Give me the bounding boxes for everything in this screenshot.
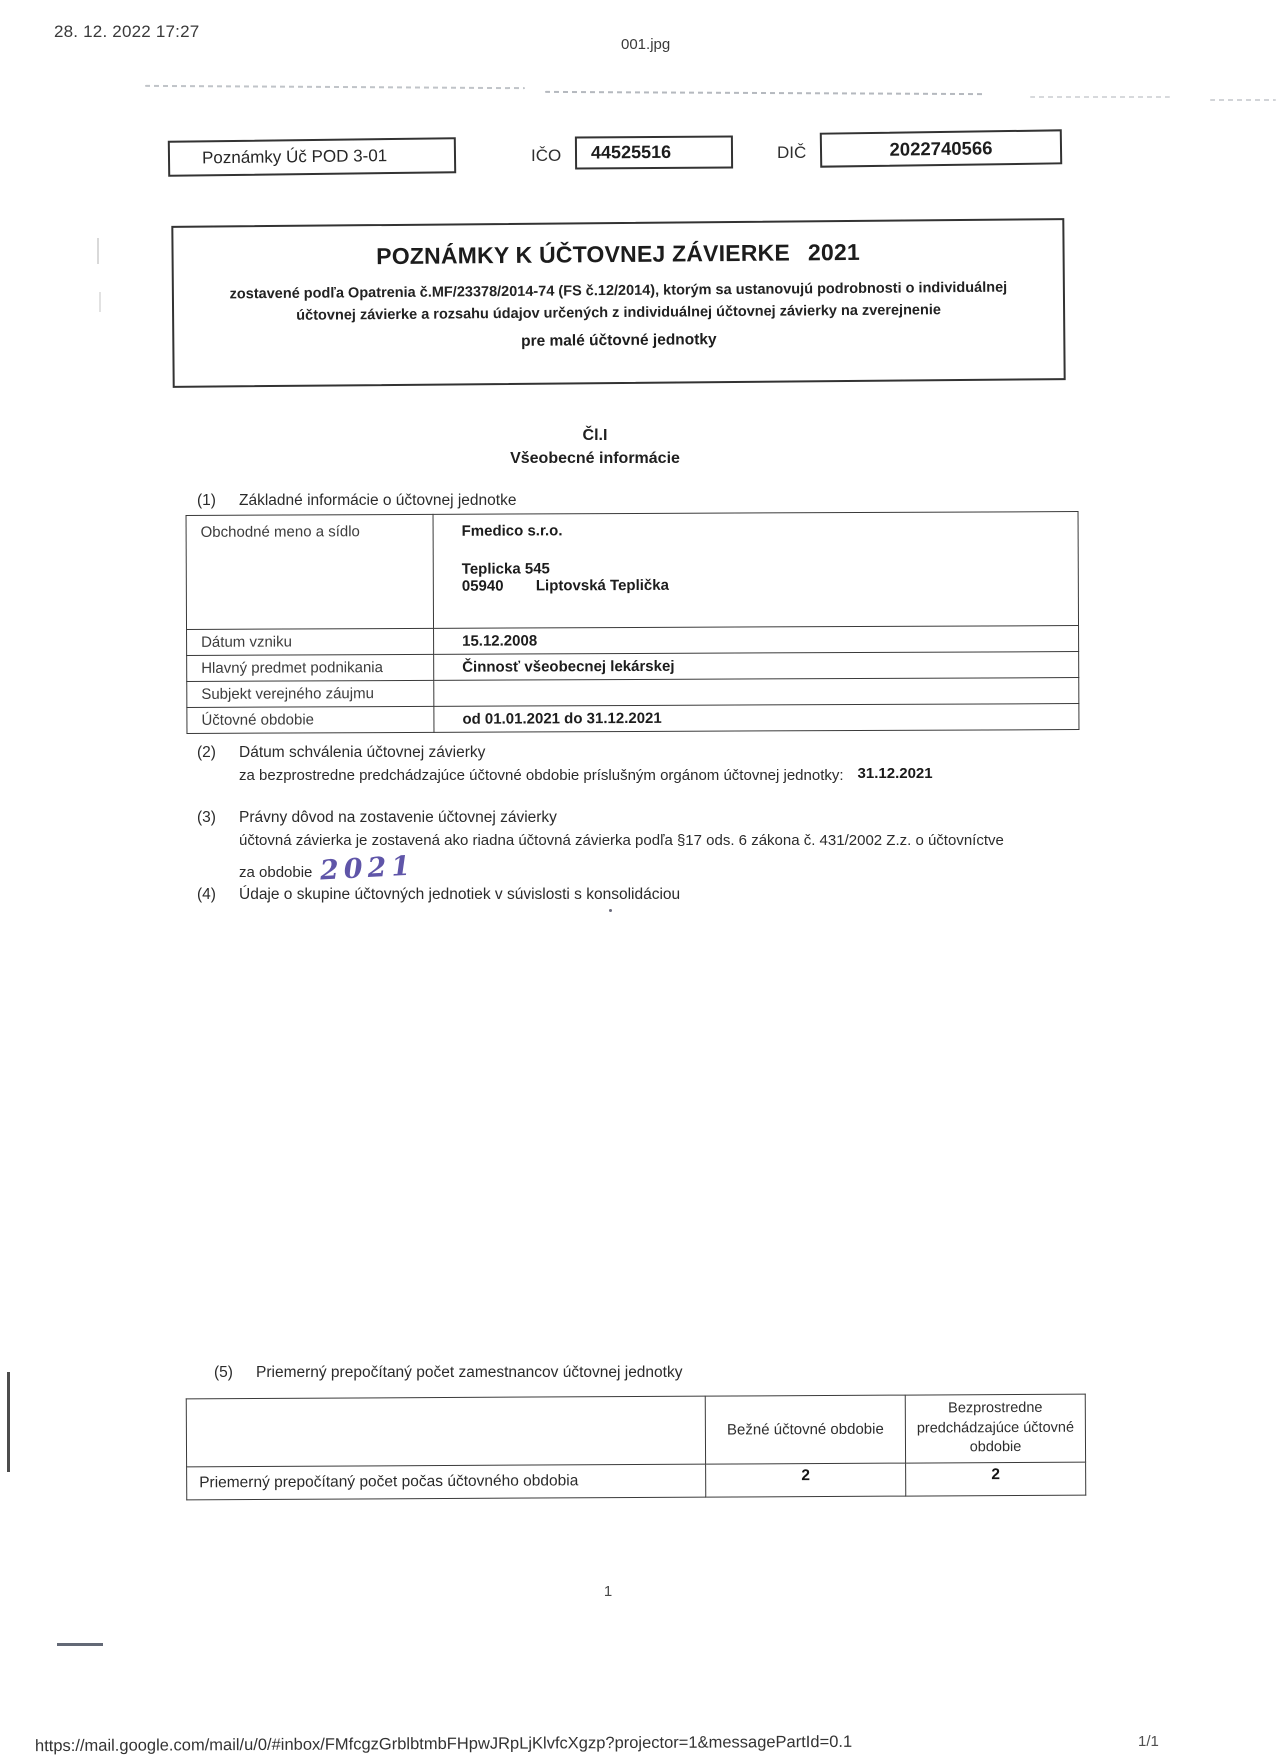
company-zip: 05940 (462, 577, 536, 594)
header-blank-cell (186, 1396, 705, 1466)
table-row: Obchodné meno a sídlo Fmedico s.r.o. Tep… (186, 512, 1078, 630)
scan-line-artifact (7, 1372, 10, 1472)
section-1-number: (1) (197, 492, 239, 510)
title-subtitle-small-units: pre malé účtovné jednotky (174, 328, 1063, 354)
form-id-label: Poznámky Úč POD 3-01 (202, 146, 387, 168)
document-title: POZNÁMKY K ÚČTOVNEJ ZÁVIERKE2021 (173, 237, 1062, 272)
scan-mark-artifact (57, 1643, 103, 1646)
title-subtitle: zostavené podľa Opatrenia č.MF/23378/201… (174, 277, 1063, 328)
section-4-number: (4) (197, 886, 239, 904)
section-5-title: Priemerný prepočítaný počet zamestnancov… (256, 1364, 682, 1382)
row-label: Obchodné meno a sídlo (186, 514, 433, 629)
row-label: Účtovné obdobie (187, 706, 434, 733)
ico-value-box: 44525516 (575, 135, 733, 169)
employee-count-table: Bežné účtovné obdobie Bezprostredne pred… (186, 1394, 1087, 1500)
ico-value: 44525516 (591, 142, 671, 164)
print-footer-page-indicator: 1/1 (1138, 1733, 1159, 1750)
scan-streak (145, 85, 525, 89)
table-header-row: Bežné účtovné obdobie Bezprostredne pred… (186, 1394, 1085, 1466)
approval-date-value: 31.12.2021 (858, 765, 933, 782)
print-footer-url: https://mail.google.com/mail/u/0/#inbox/… (35, 1733, 852, 1755)
scanned-document-page: 28. 12. 2022 17:27 001.jpg Poznámky Úč P… (0, 0, 1276, 1755)
section-2-title: Dátum schválenia účtovnej závierky (239, 744, 485, 762)
article-number: Čl.I (0, 424, 1190, 447)
scan-streak (1030, 96, 1170, 98)
dic-label: DIČ (777, 143, 806, 163)
row-label: Priemerný prepočítaný počet počas účtovn… (187, 1464, 706, 1500)
ink-dot-artifact (609, 909, 612, 912)
section-4-title: Údaje o skupine účtovných jednotiek v sú… (239, 886, 680, 904)
company-zip-city: 05940Liptovská Teplička (462, 575, 1070, 595)
section-5-number: (5) (214, 1364, 256, 1382)
current-period-value: 2 (706, 1463, 906, 1497)
form-id-box: Poznámky Úč POD 3-01 (168, 137, 456, 177)
scan-streak (545, 91, 985, 95)
page-number: 1 (0, 1583, 1216, 1600)
scan-smudge (99, 292, 101, 312)
period-label: za obdobie (239, 864, 312, 881)
section-3-title: Právny dôvod na zostavenie účtovnej závi… (239, 809, 557, 827)
row-value: Fmedico s.r.o. Teplicka 545 05940Liptovs… (433, 512, 1078, 629)
table-row: Hlavný predmet podnikania Činnosť všeobe… (187, 652, 1079, 682)
previous-period-value: 2 (906, 1462, 1086, 1496)
handwritten-year: 2021 (320, 853, 416, 885)
ico-label: IČO (531, 146, 561, 166)
table-row: Priemerný prepočítaný počet počas účtovn… (187, 1462, 1086, 1500)
table-row: Účtovné obdobie od 01.01.2021 do 31.12.2… (187, 704, 1079, 734)
section-2-body: za bezprostredne predchádzajúce účtovné … (239, 767, 933, 784)
header-current-period: Bežné účtovné obdobie (705, 1395, 905, 1464)
row-value: Činnosť všeobecnej lekárskej (434, 652, 1079, 681)
article-heading: Čl.I Všeobecné informácie (0, 424, 1190, 470)
print-filename: 001.jpg (621, 36, 670, 53)
document-year: 2021 (808, 239, 860, 265)
section-3-heading: (3) Právny dôvod na zostavenie účtovnej … (197, 809, 557, 827)
section-3-period-line: za obdobie 2021 (239, 855, 416, 882)
section-1-heading: (1) Základné informácie o účtovnej jedno… (197, 492, 516, 510)
dic-value-box: 2022740566 (820, 129, 1062, 167)
section-2-heading: (2) Dátum schválenia účtovnej závierky (197, 744, 485, 762)
section-5-heading: (5) Priemerný prepočítaný počet zamestna… (214, 1364, 682, 1382)
article-title: Všeobecné informácie (0, 447, 1190, 470)
section-1-title: Základné informácie o účtovnej jednotke (239, 492, 516, 510)
scan-smudge (97, 238, 99, 264)
row-value (434, 678, 1079, 707)
print-datetime: 28. 12. 2022 17:27 (54, 22, 199, 42)
title-box: POZNÁMKY K ÚČTOVNEJ ZÁVIERKE2021 zostave… (171, 218, 1065, 388)
section-4-heading: (4) Údaje o skupine účtovných jednotiek … (197, 886, 680, 904)
header-previous-period: Bezprostredne predchádzajúce účtovné obd… (905, 1394, 1085, 1463)
row-label: Dátum vzniku (187, 628, 434, 655)
entity-info-table: Obchodné meno a sídlo Fmedico s.r.o. Tep… (186, 511, 1080, 734)
row-value: od 01.01.2021 do 31.12.2021 (434, 704, 1079, 733)
section-3-body: účtovná závierka je zostavená ako riadna… (239, 832, 1004, 849)
section-3-number: (3) (197, 809, 239, 827)
table-row: Subjekt verejného záujmu (187, 678, 1079, 708)
dic-value: 2022740566 (889, 137, 992, 160)
company-city: Liptovská Teplička (536, 577, 669, 595)
row-label: Subjekt verejného záujmu (187, 680, 434, 707)
row-value: 15.12.2008 (434, 626, 1079, 655)
table-row: Dátum vzniku 15.12.2008 (187, 626, 1079, 656)
scan-streak (1210, 99, 1276, 101)
row-label: Hlavný predmet podnikania (187, 654, 434, 681)
section-2-number: (2) (197, 744, 239, 762)
